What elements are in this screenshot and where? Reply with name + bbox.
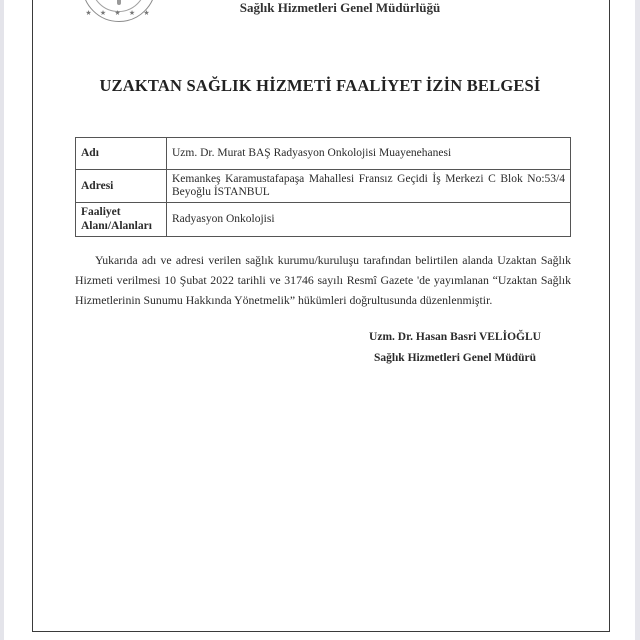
body-text: Yukarıda adı ve adresi verilen sağlık ku… [75, 253, 571, 307]
body-paragraph: Yukarıda adı ve adresi verilen sağlık ku… [75, 250, 571, 310]
info-table: Adı Uzm. Dr. Murat BAŞ Radyasyon Onkoloj… [75, 137, 571, 237]
header-organization: Sağlık Hizmetleri Genel Müdürlüğü [0, 0, 640, 16]
row-label-activity-area: Faaliyet Alanı/Alanları [76, 203, 167, 236]
signature-block: Uzm. Dr. Hasan Basri VELİOĞLU Sağlık Hiz… [340, 327, 570, 369]
row-label-address: Adresi [76, 170, 167, 203]
table-row: Adresi Kemankeş Karamustafapaşa Mahalles… [76, 170, 571, 203]
photo-edge-right [635, 0, 640, 640]
row-label-name: Adı [76, 138, 167, 170]
table-row: Faaliyet Alanı/Alanları Radyasyon Onkolo… [76, 203, 571, 236]
row-value-activity-area: Radyasyon Onkolojisi [167, 203, 571, 236]
table-row: Adı Uzm. Dr. Murat BAŞ Radyasyon Onkoloj… [76, 138, 571, 170]
signatory-name: Uzm. Dr. Hasan Basri VELİOĞLU [340, 327, 570, 348]
row-value-name: Uzm. Dr. Murat BAŞ Radyasyon Onkolojisi … [167, 138, 571, 170]
signatory-title: Sağlık Hizmetleri Genel Müdürü [340, 348, 570, 369]
row-value-address: Kemankeş Karamustafapaşa Mahallesi Frans… [167, 170, 571, 203]
document-title: UZAKTAN SAĞLIK HİZMETİ FAALİYET İZİN BEL… [0, 76, 640, 96]
photo-edge-left [0, 0, 4, 640]
